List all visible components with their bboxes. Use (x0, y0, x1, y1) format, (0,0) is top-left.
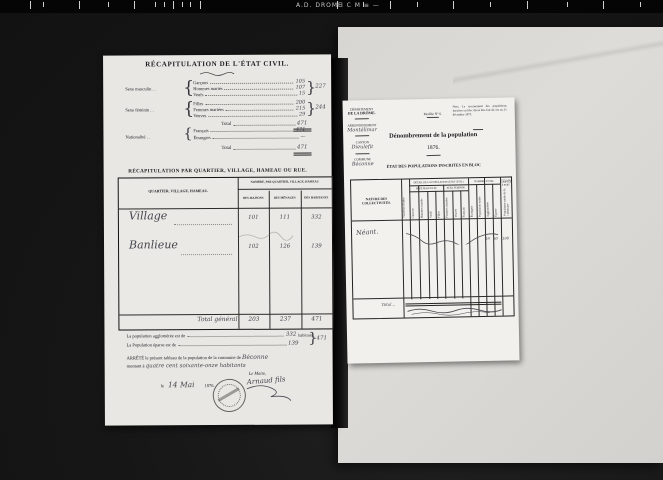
ruler-tick (134, 1, 135, 9)
col-label: Éparse (494, 192, 497, 217)
total-group-header: NOMBRE TOTAL (468, 179, 500, 183)
nationality-group-label: Nationalité . . (125, 134, 150, 139)
col-label: Français (462, 192, 465, 217)
table-line (353, 295, 513, 299)
row-value: — (300, 134, 305, 140)
neant-entry: Néant. (356, 227, 379, 237)
row-dots (174, 224, 232, 225)
row-value: 471 (296, 127, 306, 133)
dotted-leader (226, 109, 294, 111)
recap-row: Français 471 (193, 127, 305, 134)
total-maisons: 203 (238, 317, 269, 323)
bloc-total-label: Total... (381, 302, 395, 307)
ruler-tick (173, 1, 174, 9)
signature-flourish (245, 385, 293, 403)
ruler-tick (640, 2, 641, 7)
nota-divider (473, 129, 483, 130)
date-line: le 14 Mai 1876. (161, 374, 215, 392)
row-dots (181, 254, 232, 255)
left-page-recapitulation: RÉCAPITULATION DE L'ÉTAT CIVIL. Sexe mas… (103, 54, 333, 425)
female-total-value: 244 (315, 104, 326, 110)
col-label: Étrangers (470, 186, 474, 217)
col-label: Numéros d'ordre (402, 181, 406, 217)
form-year: 1876. (381, 144, 485, 152)
grand-total-line: Total 471 (222, 145, 308, 151)
sub-header-maisons: DES MAISONS (238, 196, 269, 200)
left-table-title: RÉCAPITULATION PAR QUARTIER, VILLAGE, HA… (104, 167, 332, 174)
paper-crease (453, 27, 663, 97)
col-label: Garçons (411, 193, 414, 218)
ruler-tick (79, 1, 80, 9)
nature-col-header: NATURE DES COLLECTIVITÉS. (351, 197, 401, 206)
row-mark: 29 (485, 237, 490, 241)
ruler-tick (490, 2, 491, 7)
cell-menages: 111 (269, 215, 301, 221)
col-label: Population totale (478, 186, 482, 217)
table-line (269, 191, 271, 329)
ruler-tick (190, 2, 191, 7)
col-label: Veufs (429, 193, 432, 218)
date-handwriting: 14 Mai (168, 380, 195, 389)
eparse-line: La Population éparse est de 139 (127, 341, 299, 348)
ruler-tick (164, 2, 165, 7)
modele-divider (427, 117, 439, 118)
female-group-label: Sexe féminin . . (125, 107, 153, 112)
arrondissement-handwriting: Montélimar (343, 127, 381, 134)
ruler-tick (453, 1, 454, 9)
ruler-tick (200, 1, 201, 9)
female-group-header: SEXE FÉMININ (443, 186, 468, 189)
ruler-tick (603, 1, 604, 9)
row-label: Français (193, 128, 208, 133)
recap-row: Étrangers — (193, 134, 305, 141)
arrete-commune-handwriting: Béconne (242, 354, 268, 361)
dotted-leader (187, 335, 284, 338)
detail-group-header: DÉTAIL DE LA POPULATION (ÉTAT CIVIL) (409, 180, 468, 184)
cell-habitants: 139 (301, 243, 332, 249)
film-ruler-bar: A.D. DROME I C M ≡ — (0, 0, 663, 13)
ruler-tick (155, 2, 156, 7)
date-year: 1876. (204, 383, 214, 388)
title-flourish (199, 71, 235, 77)
dotted-leader (208, 115, 297, 117)
row-value: 15 (299, 91, 305, 97)
margin-divider (355, 118, 369, 119)
ruler-tick (417, 2, 418, 7)
ruler-tick (527, 1, 528, 9)
male-group-header: SEXE MASCULIN (409, 186, 443, 190)
montant-handwriting: quatre cent soixante-onze habitants (146, 363, 246, 370)
table-row-name: Banlieue (129, 238, 178, 251)
cell-maisons: 101 (238, 215, 269, 221)
ruler-tick (108, 2, 109, 7)
dotted-leader (233, 124, 295, 126)
nota-text: Nota. Le recensement des populations ins… (453, 105, 507, 117)
margin-divider (356, 153, 370, 154)
recap-row: Veufs 15 (193, 91, 305, 98)
grand-total-value: 471 (297, 145, 308, 151)
dotted-leader (205, 94, 296, 96)
recap-row: Veuves 29 (193, 112, 305, 119)
dotted-leader (213, 137, 299, 139)
maire-label: Le Maire, (249, 371, 267, 376)
table-line (238, 188, 332, 189)
quartier-table: QUARTIER, VILLAGE, HAMEAU. NOMBRE, PAR Q… (118, 176, 334, 330)
table-total-label: Total général (197, 316, 237, 323)
sub-header-menages: DES MÉNAGES (269, 196, 301, 200)
year-divider (427, 155, 441, 156)
form-title: Dénombrement de la population (381, 131, 485, 140)
ruler-tick (30, 1, 31, 9)
table-row-name: Village (129, 209, 167, 222)
table-line (352, 217, 512, 221)
neant-strike-squiggle (404, 226, 500, 246)
microfilm-scan-viewer: A.D. DROME I C M ≡ — RÉCAPITULATION DE L… (0, 0, 663, 480)
cell-habitants: 332 (301, 214, 332, 220)
grand-total-underline (294, 153, 312, 156)
row-label: Veufs (193, 92, 203, 97)
col-label: Filles (437, 193, 440, 218)
canton-handwriting: Dieulefit (343, 144, 381, 151)
pencil-smudge (237, 231, 297, 241)
total-habitants: 471 (301, 316, 332, 322)
total-flourish (405, 305, 505, 317)
form-subtitle: ÉTAT DES POPULATIONS INSCRITES EN BLOC (374, 162, 494, 169)
agglomeree-line: La population agglomérée est de 332 habi… (126, 331, 314, 338)
col-label: Agglomérée (486, 192, 489, 217)
margin-divider (355, 135, 369, 136)
col0-header: QUARTIER, VILLAGE, HAMEAU. (119, 189, 238, 194)
row-mark: 60 (493, 237, 498, 241)
dotted-leader (225, 88, 294, 90)
ruler-tick (182, 2, 183, 7)
male-total-value: 227 (315, 83, 326, 89)
left-page-title: RÉCAPITULATION DE L'ÉTAT CIVIL. (103, 59, 331, 68)
nationality-brace-open: { (183, 126, 192, 142)
agglomeree-value: 332 (286, 332, 297, 338)
departement-value: DE LA DRÔME. (345, 111, 379, 116)
table-line (238, 178, 240, 329)
montant-line: montant à quatre cent soixante-onze habi… (127, 362, 327, 369)
male-group-label: Sexe masculin . . (125, 86, 156, 91)
montant-label: montant à (127, 363, 145, 368)
sub-header-habitants: DES HABITANTS (301, 195, 332, 199)
census-form-1876: DÉPARTEMENT DE LA DRÔME. ARRONDISSEMENT … (342, 97, 519, 363)
ruler-tick (390, 1, 391, 9)
cell-menages: 126 (269, 244, 301, 250)
total-menages: 237 (269, 317, 301, 323)
col-label: Veuves (454, 192, 457, 217)
population-brace-total: 471 (317, 335, 328, 341)
agglomeree-label: La population agglomérée est de (126, 333, 185, 338)
table-line (301, 191, 303, 329)
ruler-tick (43, 2, 44, 7)
eparse-label: La Population éparse est de (127, 342, 177, 347)
group-header: NOMBRE, PAR QUARTIER, VILLAGE, HAMEAU (238, 179, 332, 183)
row-label: Veuves (193, 113, 206, 118)
grand-total-label: Total (222, 146, 232, 151)
dotted-leader (178, 344, 286, 347)
col-label: Population totale de la commune (503, 179, 510, 215)
arrete-line: ARRÊTÉ le présent tableau de la populati… (127, 353, 327, 361)
arrete-text: ARRÊTÉ le présent tableau de la populati… (127, 355, 241, 361)
col-label: Femmes mariées (445, 193, 448, 218)
ruler-tick (567, 2, 568, 7)
cell-maisons: 102 (238, 244, 269, 250)
bloc-table: NATURE DES COLLECTIVITÉS. DÉTAIL DE LA P… (350, 176, 515, 319)
col-label: Hommes mariés (420, 193, 423, 218)
row-value: 29 (299, 112, 305, 118)
mairie-stamp (210, 376, 249, 415)
date-prefix: le (161, 383, 164, 388)
dotted-leader (233, 148, 295, 150)
film-code-label: I C M ≡ — (341, 2, 380, 9)
eparse-value: 139 (288, 341, 299, 347)
row-mark: 100 (502, 237, 509, 241)
archive-name-label: A.D. DROME (296, 2, 343, 9)
dotted-leader (211, 130, 294, 132)
row-label: Étrangers (193, 135, 210, 140)
